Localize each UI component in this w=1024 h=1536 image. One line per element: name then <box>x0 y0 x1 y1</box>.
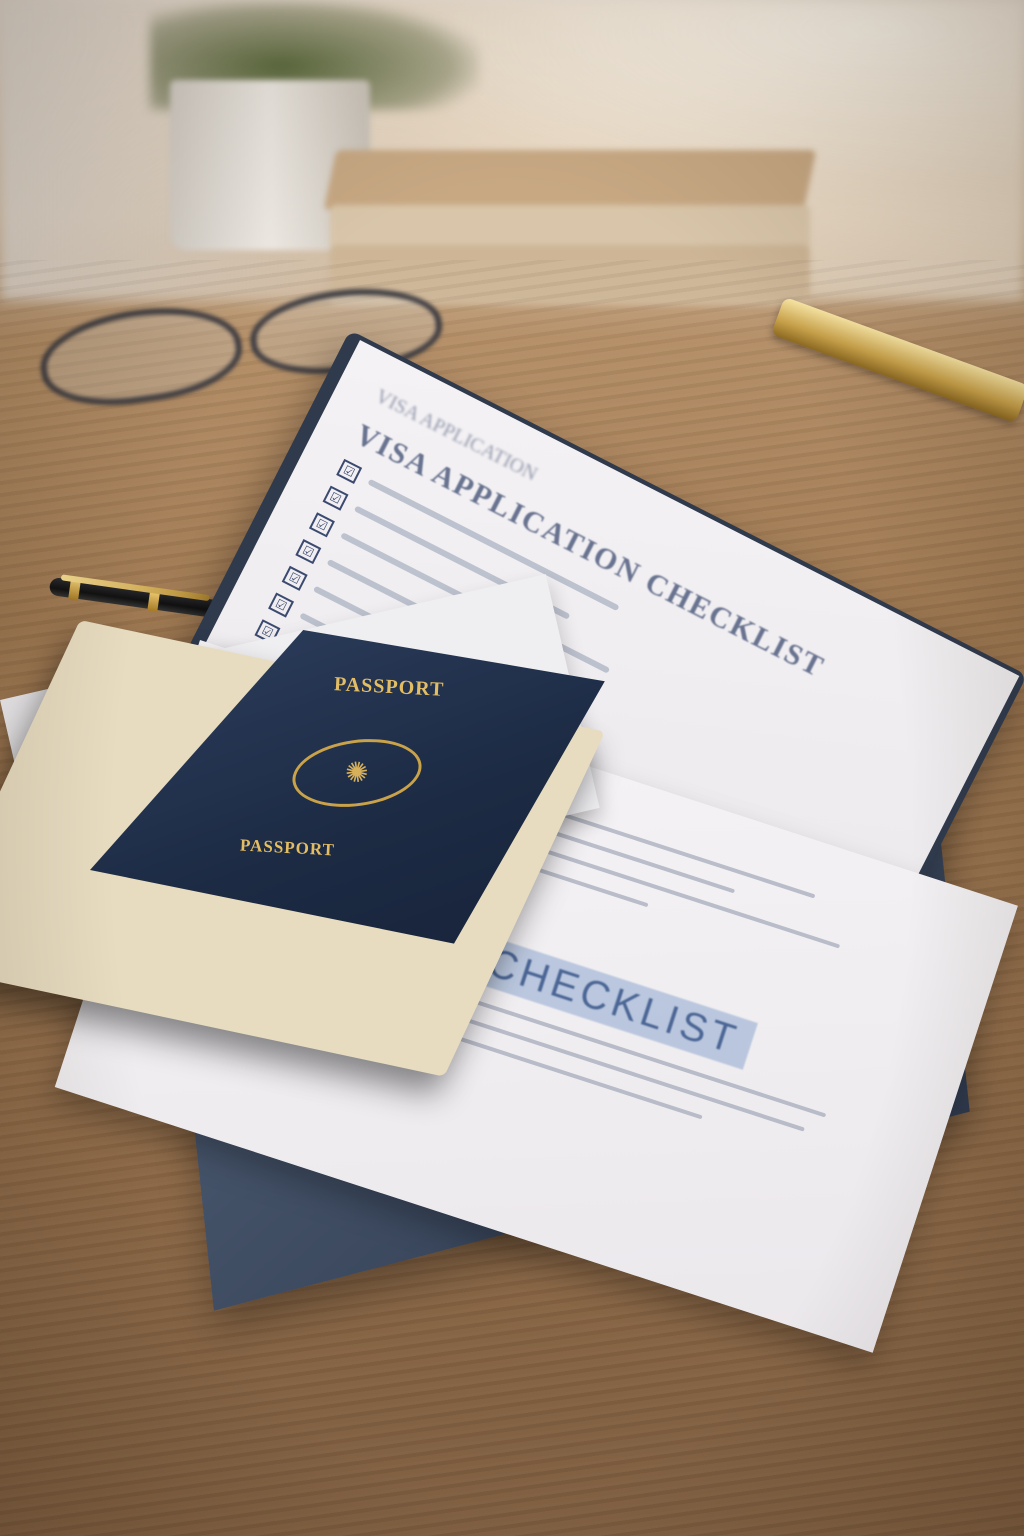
checkbox-checked-icon: ☑ <box>323 486 349 511</box>
book <box>324 150 817 210</box>
checkbox-checked-icon: ☑ <box>282 566 308 591</box>
photo-scene: VISA APPLICATION VISA APPLICATION CHECKL… <box>0 0 1024 1536</box>
book <box>330 205 810 250</box>
eyeglass-lens <box>35 296 248 415</box>
checkbox-checked-icon: ☑ <box>309 512 335 537</box>
checkbox-checked-icon: ☑ <box>268 592 294 617</box>
checkbox-checked-icon: ☑ <box>336 459 362 484</box>
checkbox-checked-icon: ☑ <box>295 539 321 564</box>
